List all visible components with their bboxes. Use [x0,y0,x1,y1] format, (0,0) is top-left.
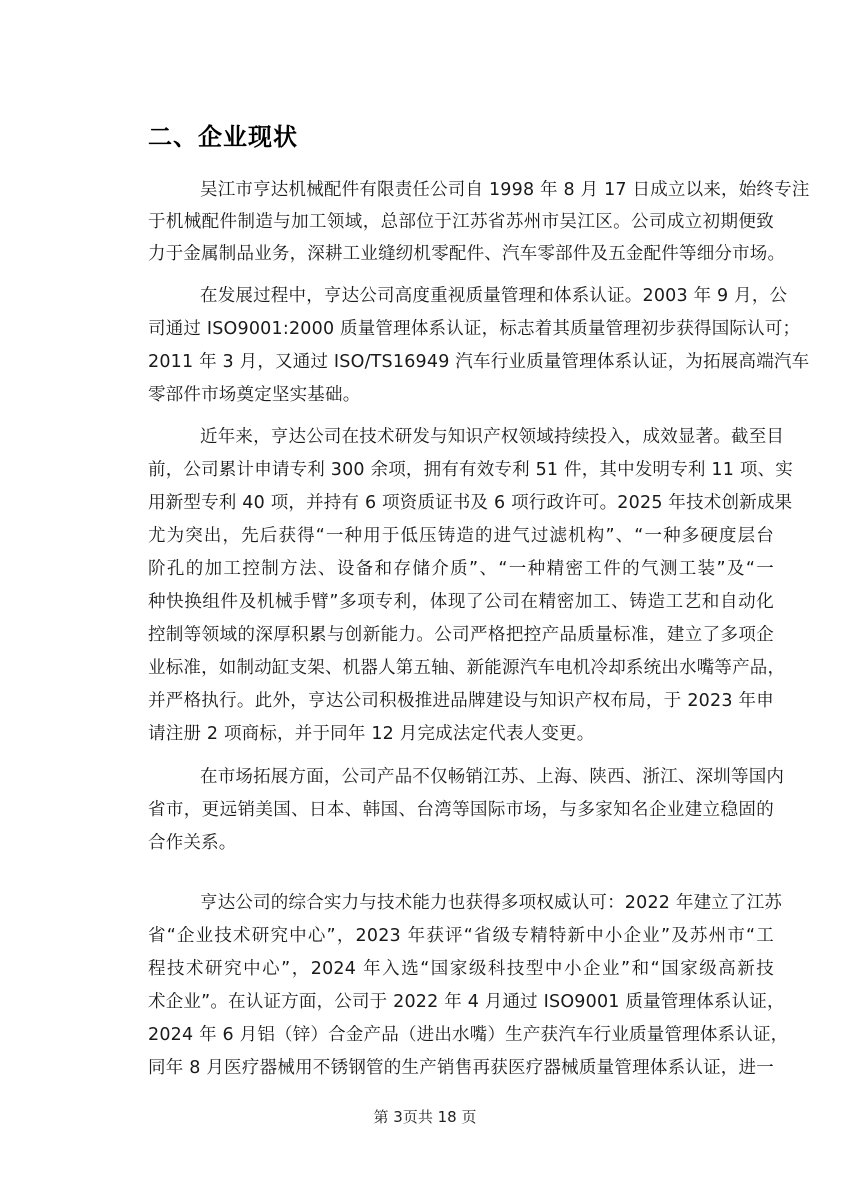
paragraph-4-line-1: 在市场拓展方面，公司产品不仅畅销江苏、上海、陕西、浙江、深圳等国内 [200,761,774,793]
paragraph-5-line-2: 省“企业技术研究中心”，2023 年获评“省级专精特新中小企业”及苏州市“工 [148,920,774,952]
paragraph-1-line-1: 吴江市亨达机械配件有限责任公司自 1998 年 8 月 17 日成立以来，始终专… [200,174,774,206]
paragraph-3-line-2: 前，公司累计申请专利 300 余项，拥有有效专利 51 件，其中发明专利 11 … [148,454,774,486]
paragraph-5-line-1: 亨达公司的综合实力与技术能力也获得多项权威认可：2022 年建立了江苏 [200,887,774,919]
paragraph-3-line-5: 阶孔的加工控制方法、设备和存储介质”、“一种精密工件的气测工装”及“一 [148,553,774,585]
paragraph-3-line-7: 控制等领域的深厚积累与创新能力。公司严格把控产品质量标准，建立了多项企 [148,619,774,651]
paragraph-3-line-4: 尤为突出，先后获得“一种用于低压铸造的进气过滤机构”、“一种多硬度层台 [148,520,774,552]
paragraph-2-line-2: 司通过 ISO9001:2000 质量管理体系认证，标志着其质量管理初步获得国际… [148,313,774,345]
paragraph-3-line-8: 业标准，如制动缸支架、机器人第五轴、新能源汽车电机冷却系统出水嘴等产品， [148,652,774,684]
paragraph-2-line-1: 在发展过程中，亨达公司高度重视质量管理和体系认证。2003 年 9 月，公 [200,280,774,312]
paragraph-5-line-6: 同年 8 月医疗器械用不锈钢管的生产销售再获医疗器械质量管理体系认证，进一 [148,1052,774,1084]
paragraph-3-line-6: 种快换组件及机械手臂”多项专利，体现了公司在精密加工、铸造工艺和自动化 [148,586,774,618]
paragraph-1-line-2: 于机械配件制造与加工领域，总部位于江苏省苏州市吴江区。公司成立初期便致 [148,206,774,238]
paragraph-2-line-4: 零部件市场奠定坚实基础。 [148,379,774,411]
paragraph-2-line-3: 2011 年 3 月，又通过 ISO/TS16949 汽车行业质量管理体系认证，… [148,346,774,378]
paragraph-3-line-3: 用新型专利 40 项，并持有 6 项资质证书及 6 项行政许可。2025 年技术… [148,487,774,519]
paragraph-5-line-5: 2024 年 6 月铝（锌）合金产品（进出水嘴）生产获汽车行业质量管理体系认证， [148,1019,774,1051]
paragraph-4-line-3: 合作关系。 [148,827,774,859]
page-number-footer: 第 3页共 18 页 [0,1106,850,1127]
paragraph-5-line-3: 程技术研究中心”，2024 年入选“国家级科技型中小企业”和“国家级高新技 [148,953,774,985]
paragraph-4-line-2: 省市，更远销美国、日本、韩国、台湾等国际市场，与多家知名企业建立稳固的 [148,794,774,826]
paragraph-3-line-9: 并严格执行。此外，亨达公司积极推进品牌建设与知识产权布局，于 2023 年申 [148,685,774,717]
paragraph-1-line-3: 力于金属制品业务，深耕工业缝纫机零配件、汽车零部件及五金配件等细分市场。 [148,238,774,270]
section-heading: 二、企业现状 [148,120,298,154]
paragraph-3-line-10: 请注册 2 项商标，并于同年 12 月完成法定代表人变更。 [148,718,774,750]
paragraph-5-line-4: 术企业”。在认证方面，公司于 2022 年 4 月通过 ISO9001 质量管理… [148,986,774,1018]
paragraph-3-line-1: 近年来，亨达公司在技术研发与知识产权领域持续投入，成效显著。截至目 [200,421,774,453]
